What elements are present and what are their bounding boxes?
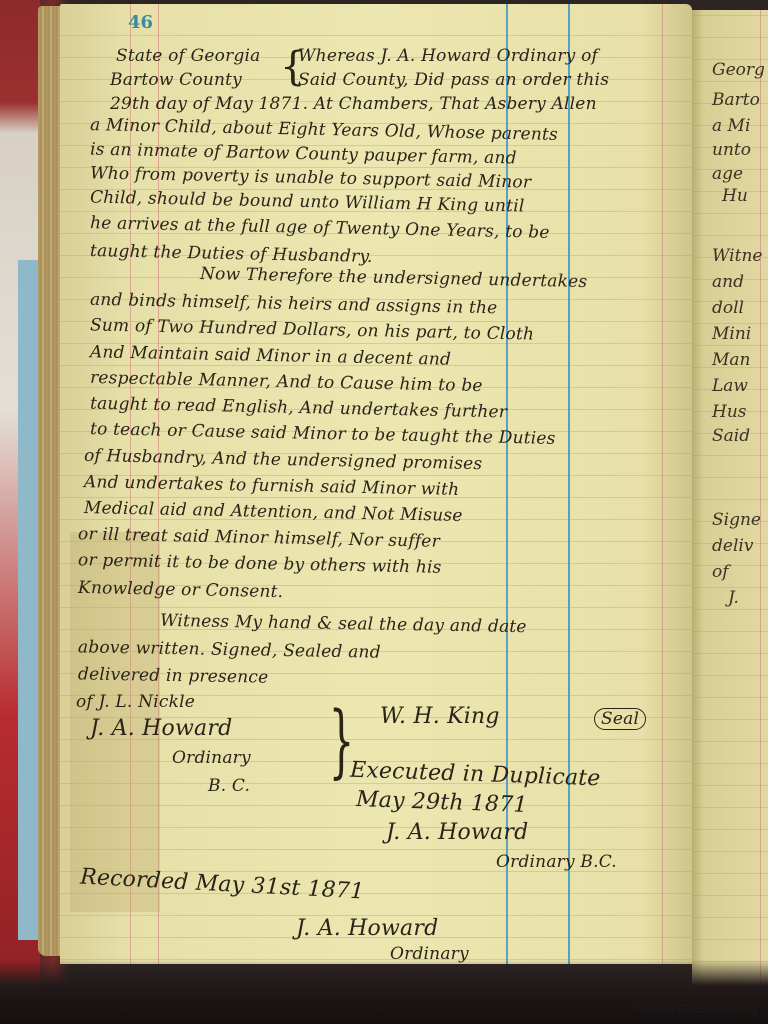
right-page-fragment: a Mi xyxy=(712,116,750,136)
column-line xyxy=(568,4,570,964)
witness-title: Ordinary xyxy=(172,748,251,768)
header-county: Bartow County xyxy=(110,70,242,90)
right-page-fragment: J. xyxy=(728,588,739,608)
ledger-page-right: Georg Barto a Mi unto age Hu Witne and d… xyxy=(692,10,768,1000)
body-line: Whereas J. A. Howard Ordinary of xyxy=(298,46,598,66)
body-line: Knowledge or Consent. xyxy=(78,578,284,602)
right-page-fragment: of xyxy=(712,562,729,582)
right-page-fragment: Witne xyxy=(712,246,762,266)
execution-title: Ordinary B.C. xyxy=(496,852,617,872)
right-page-fragment: Said xyxy=(712,426,750,446)
header-state: State of Georgia xyxy=(116,46,261,66)
right-page-fragment: Hu xyxy=(722,186,748,206)
witness-county: B. C. xyxy=(208,776,250,796)
watermark: ©www.GaBartow.org xyxy=(638,1001,758,1016)
right-page-fragment: Barto xyxy=(712,90,760,110)
right-page-fragment: age xyxy=(712,164,743,184)
right-page-fragment: Law xyxy=(712,376,748,396)
right-page-fragment: Mini xyxy=(712,324,751,344)
margin-line xyxy=(662,4,663,964)
body-line: Said County, Did pass an order this xyxy=(298,70,609,90)
execution-signer: J. A. Howard xyxy=(386,820,528,845)
right-page-fragment: Man xyxy=(712,350,751,370)
right-page-fragment: Signe xyxy=(712,510,761,530)
right-page-fragment: and xyxy=(712,272,744,292)
right-page-fragment: doll xyxy=(712,298,744,318)
right-page-fragment: deliv xyxy=(712,536,753,556)
signature-king: W. H. King xyxy=(380,704,500,729)
page-number: 46 xyxy=(128,12,153,33)
margin-line xyxy=(760,10,761,1000)
seal-mark: Seal xyxy=(594,708,646,730)
recorded-signer: J. A. Howard xyxy=(296,916,438,941)
right-page-fragment: Georg xyxy=(712,60,765,80)
body-line: delivered in presence xyxy=(78,664,269,687)
ledger-page-left: 46 State of Georgia Bartow County { Wher… xyxy=(60,4,692,964)
body-line: 29th day of May 1871. At Chambers, That … xyxy=(110,94,597,114)
book-cover-lining xyxy=(18,260,40,940)
witness-signature: J. A. Howard xyxy=(90,716,232,741)
witness-line: of J. L. Nickle xyxy=(76,692,195,712)
right-page-fragment: unto xyxy=(712,140,751,160)
right-page-fragment: Hus xyxy=(712,402,747,422)
